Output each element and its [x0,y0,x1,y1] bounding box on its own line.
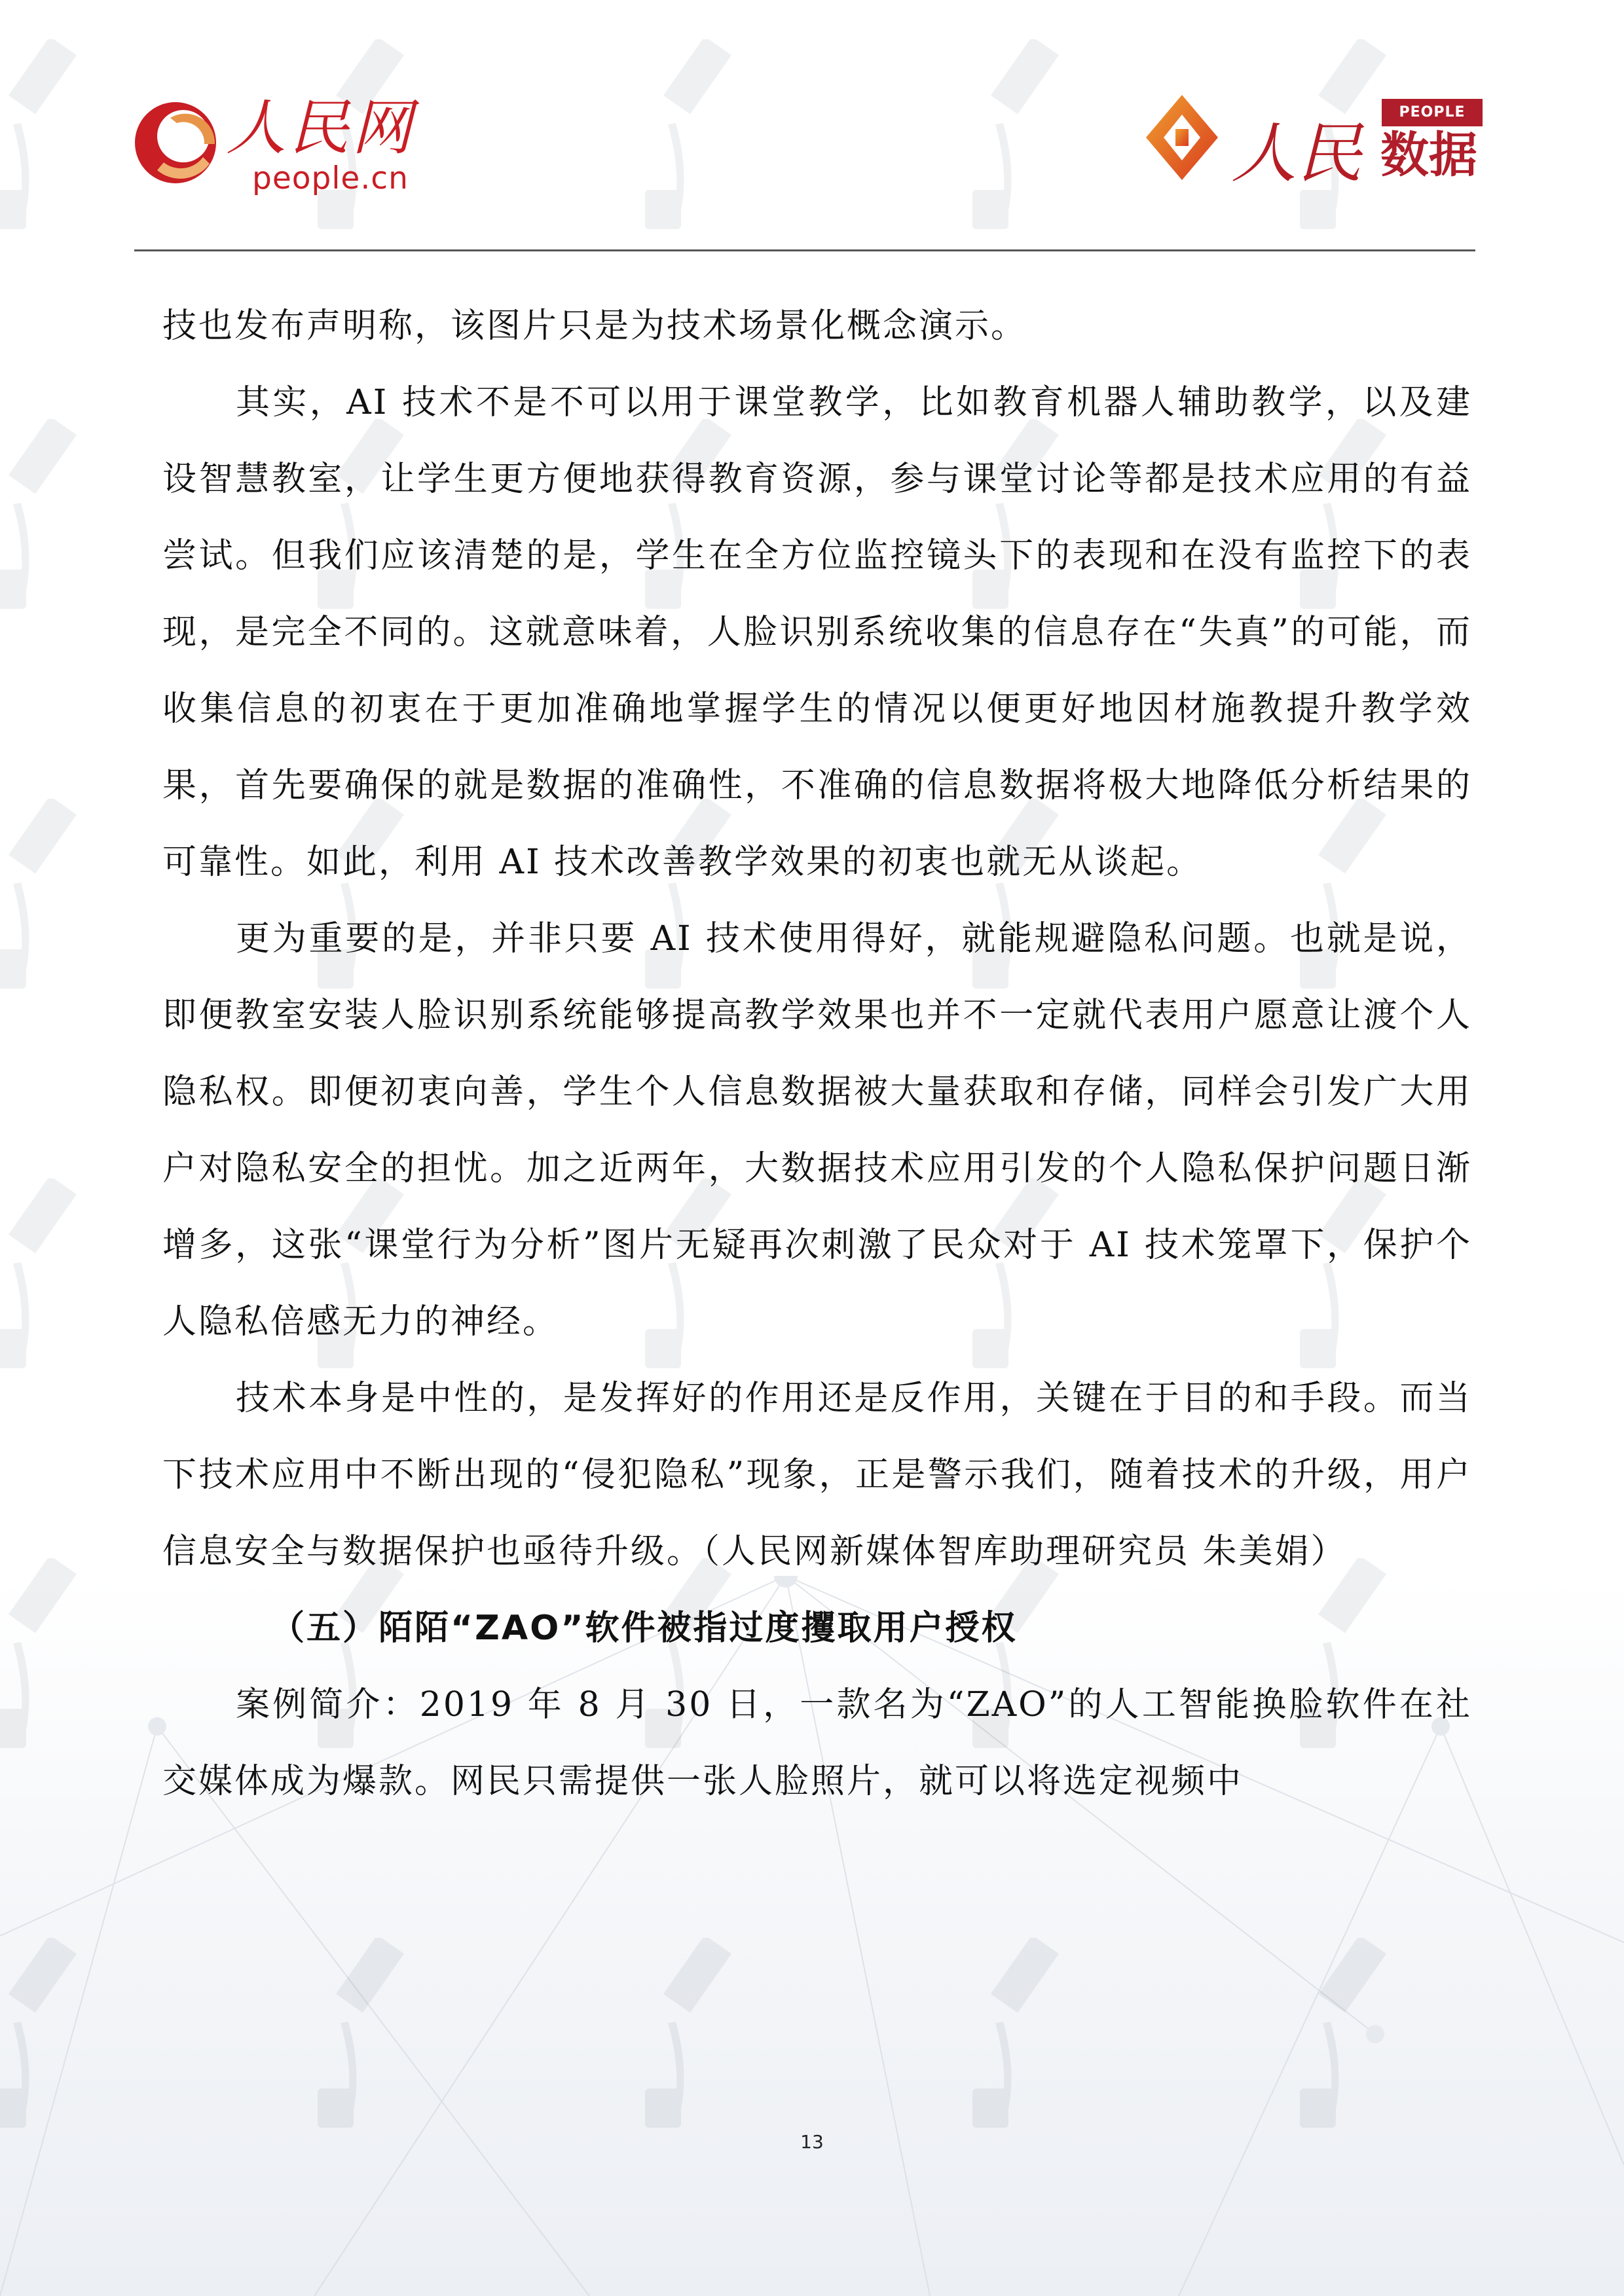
people-data-logo-script: 人民 [1231,121,1362,187]
people-data-badge: PEOPLE DATA [1382,99,1483,126]
document-body: 技也发布声明称，该图片只是为技术场景化概念演示。 其实，AI 技术不是不可以用于… [162,288,1472,1820]
paragraph-2: 其实，AI 技术不是不可以用于课堂教学，比如教育机器人辅助教学，以及建设智慧教室… [162,365,1472,901]
case-paragraph: 案例简介：2019 年 8 月 30 日，一款名为“ZAO”的人工智能换脸软件在… [162,1667,1472,1820]
section-heading: （五）陌陌“ZAO”软件被指过度攫取用户授权 [162,1590,1472,1667]
people-data-logo-block: 数据 [1380,131,1477,179]
people-cn-logo-text: 人民网 [226,98,415,158]
header-divider [134,249,1475,251]
people-data-watermark-icon [0,419,85,615]
people-cn-domain: people.cn [252,160,409,196]
people-data-watermark-icon [0,1178,85,1375]
paragraph-3: 更为重要的是，并非只要 AI 技术使用得好，就能规避隐私问题。也就是说，即便教室… [162,901,1472,1360]
page-header: 人民网 people.cn 人民 PEOPLE DATA 数据 [0,0,1624,262]
paragraph-4: 技术本身是中性的，是发挥好的作用还是反作用，关键在于目的和手段。而当下技术应用中… [162,1360,1472,1590]
people-data-watermark-icon [0,799,85,995]
paragraph-1: 技也发布声明称，该图片只是为技术场景化概念演示。 [162,288,1472,365]
page-number: 13 [799,2131,825,2153]
